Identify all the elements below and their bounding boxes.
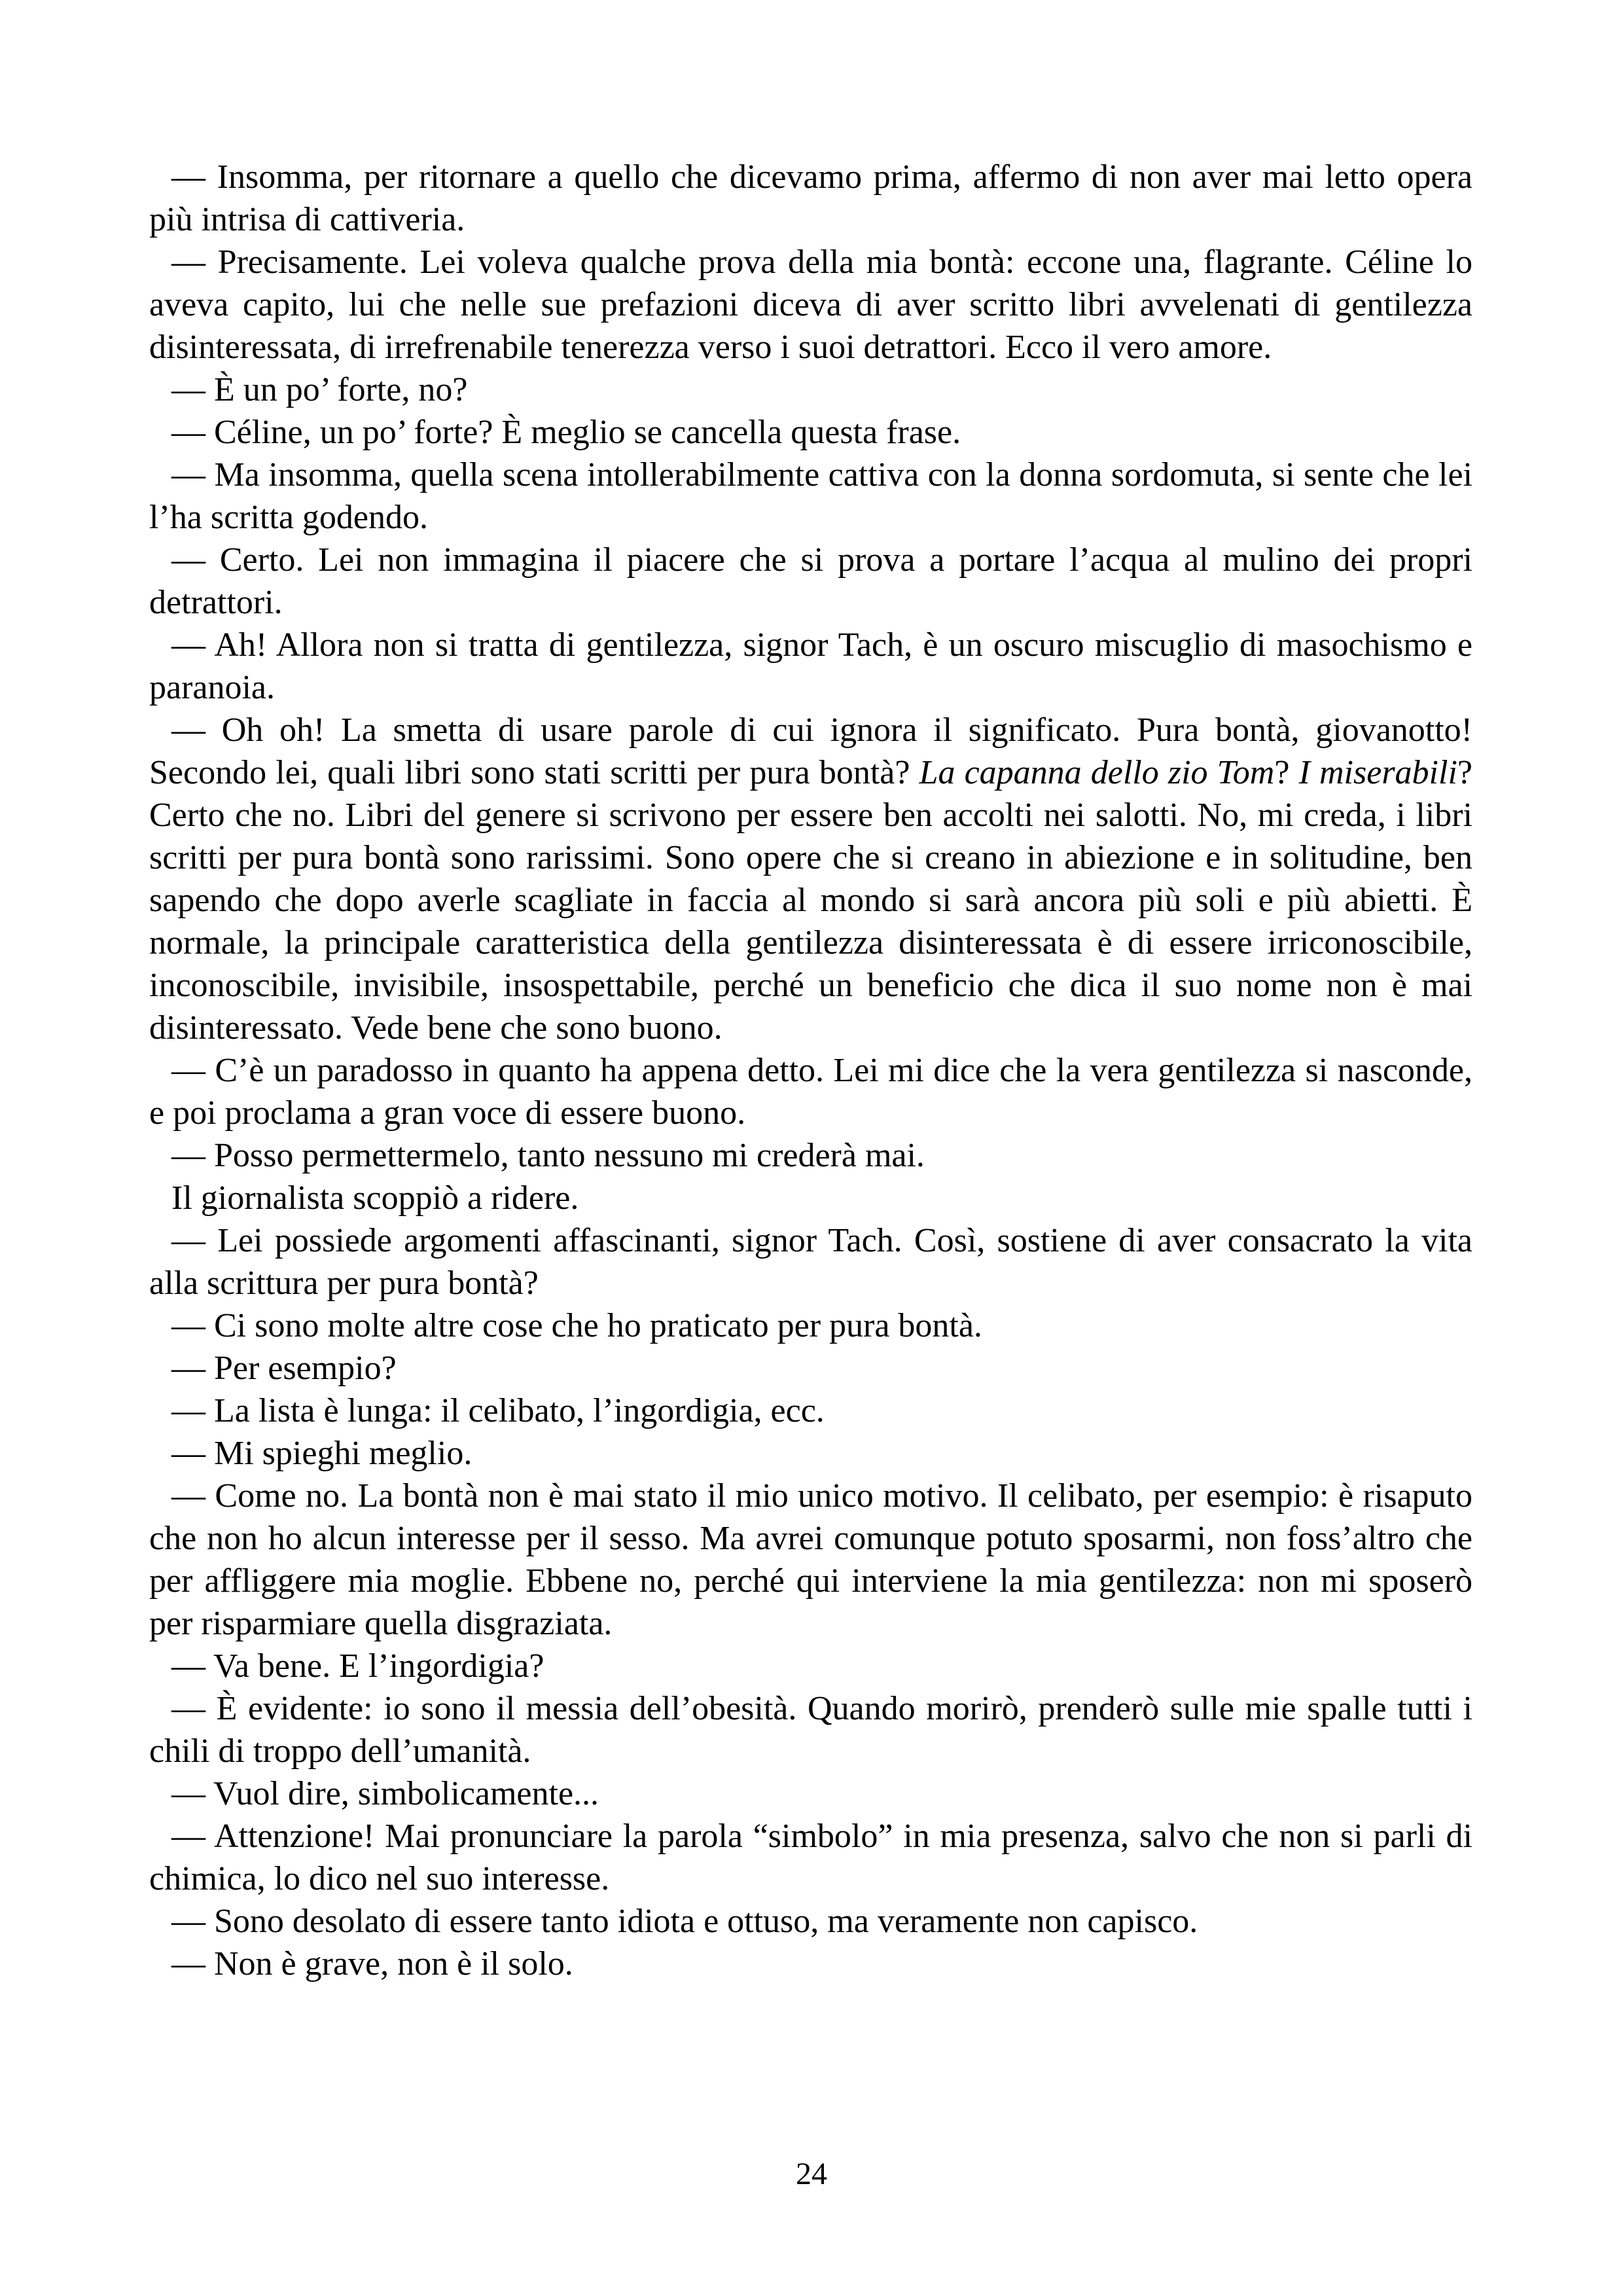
paragraph: — Céline, un po’ forte? È meglio se canc… [149, 411, 1472, 454]
paragraph: — Insomma, per ritornare a quello che di… [149, 156, 1472, 241]
paragraph: — Posso permettermelo, tanto nessuno mi … [149, 1134, 1472, 1177]
text-run: — È un po’ forte, no? [171, 371, 467, 408]
paragraph: — Certo. Lei non immagina il piacere che… [149, 539, 1472, 624]
paragraph: — Ah! Allora non si tratta di gentilezza… [149, 624, 1472, 709]
text-run: — Ma insomma, quella scena intollerabilm… [149, 456, 1472, 536]
document-page: — Insomma, per ritornare a quello che di… [0, 0, 1623, 2296]
page-number: 24 [0, 2155, 1623, 2194]
text-run: — È evidente: io sono il messia dell’obe… [149, 1690, 1472, 1770]
text-run: — Attenzione! Mai pronunciare la parola … [149, 1818, 1472, 1897]
paragraph: — Ma insomma, quella scena intollerabilm… [149, 454, 1472, 539]
paragraph: Il giornalista scoppiò a ridere. [149, 1177, 1472, 1219]
paragraph: — Va bene. E l’ingordigia? [149, 1645, 1472, 1687]
text-run: — Non è grave, non è il solo. [171, 1945, 573, 1982]
paragraph: — Mi spieghi meglio. [149, 1432, 1472, 1475]
text-run: — Mi spieghi meglio. [171, 1435, 472, 1472]
text-run: — C’è un paradosso in quanto ha appena d… [149, 1052, 1472, 1132]
paragraph: — Precisamente. Lei voleva qualche prova… [149, 241, 1472, 368]
text-run: — Per esempio? [171, 1350, 397, 1387]
paragraph: — Lei possiede argomenti affascinanti, s… [149, 1219, 1472, 1304]
text-run: Il giornalista scoppiò a ridere. [171, 1179, 579, 1217]
text-run: — Precisamente. Lei voleva qualche prova… [149, 243, 1472, 366]
text-run: — Lei possiede argomenti affascinanti, s… [149, 1222, 1472, 1302]
text-run-italic: La capanna dello zio Tom [919, 754, 1275, 791]
text-run-italic: I miserabili [1299, 754, 1457, 791]
paragraph: — Per esempio? [149, 1347, 1472, 1390]
text-run: — Sono desolato di essere tanto idiota e… [171, 1903, 1198, 1940]
paragraph: — Non è grave, non è il solo. [149, 1943, 1472, 1985]
text-run: ? [1274, 754, 1298, 791]
text-run: — Certo. Lei non immagina il piacere che… [149, 541, 1472, 621]
text-run: — Ah! Allora non si tratta di gentilezza… [149, 626, 1472, 706]
text-run: — Insomma, per ritornare a quello che di… [149, 158, 1472, 238]
paragraph: — Come no. La bontà non è mai stato il m… [149, 1475, 1472, 1645]
paragraph: — Ci sono molte altre cose che ho pratic… [149, 1304, 1472, 1347]
page-text: — Insomma, per ritornare a quello che di… [149, 156, 1472, 1985]
paragraph: — Vuol dire, simbolicamente... [149, 1772, 1472, 1815]
text-run: — Va bene. E l’ingordigia? [171, 1647, 544, 1685]
paragraph: — La lista è lunga: il celibato, l’ingor… [149, 1390, 1472, 1432]
paragraph: — È un po’ forte, no? [149, 368, 1472, 411]
paragraph: — Oh oh! La smetta di usare parole di cu… [149, 709, 1472, 1049]
text-run: ? Certo che no. Libri del genere si scri… [149, 754, 1472, 1047]
text-run: — Vuol dire, simbolicamente... [171, 1775, 599, 1812]
text-run: — Ci sono molte altre cose che ho pratic… [171, 1307, 982, 1344]
text-run: — Céline, un po’ forte? È meglio se canc… [171, 414, 961, 451]
text-run: — La lista è lunga: il celibato, l’ingor… [171, 1392, 825, 1429]
text-run: — Come no. La bontà non è mai stato il m… [149, 1477, 1472, 1642]
text-run: — Posso permettermelo, tanto nessuno mi … [171, 1137, 925, 1174]
paragraph: — C’è un paradosso in quanto ha appena d… [149, 1049, 1472, 1134]
paragraph: — Attenzione! Mai pronunciare la parola … [149, 1815, 1472, 1900]
paragraph: — È evidente: io sono il messia dell’obe… [149, 1687, 1472, 1772]
paragraph: — Sono desolato di essere tanto idiota e… [149, 1900, 1472, 1943]
